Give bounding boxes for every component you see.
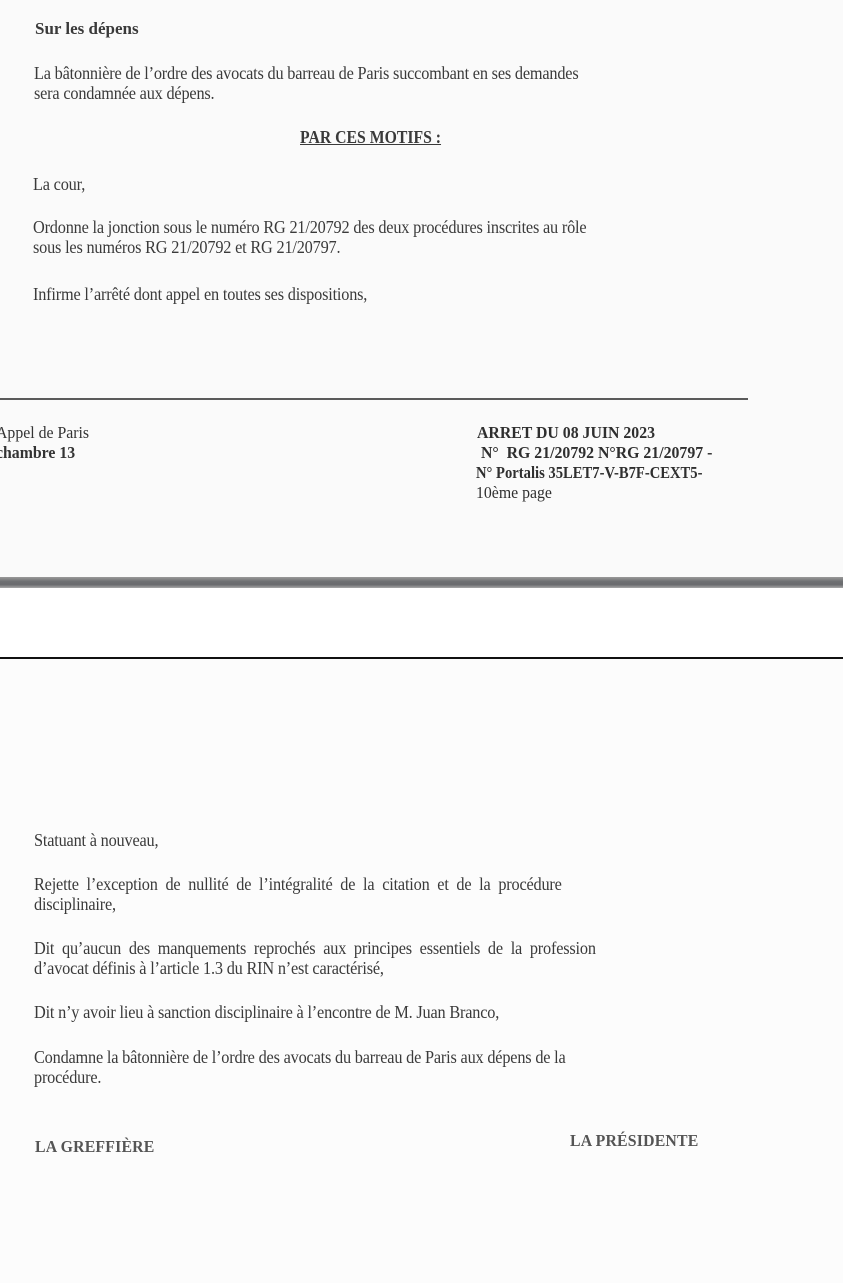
infirme-text: Infirme l’arrêté dont appel en toutes se… xyxy=(33,284,367,304)
footer-portalis: N° Portalis 35LET7-V-B7F-CEXT5- xyxy=(476,463,702,482)
par-ces-motifs-heading: PAR CES MOTIFS : xyxy=(300,127,441,148)
page-separator-band xyxy=(0,577,843,588)
footer-rg-numbers: N° RG 21/20792 N°RG 21/20797 - xyxy=(481,443,712,462)
section-heading-depens: Sur les dépens xyxy=(35,19,139,39)
footer-arret-date: ARRET DU 08 JUIN 2023 xyxy=(477,423,655,442)
dit-aucun-line-2: d’avocat définis à l’article 1.3 du RIN … xyxy=(34,958,384,978)
footer-page-number: 10ème page xyxy=(476,483,552,502)
signature-greffiere: LA GREFFIÈRE xyxy=(35,1137,155,1157)
paragraph-depens-line-2: sera condamnée aux dépens. xyxy=(34,83,214,103)
jonction-line-1: Ordonne la jonction sous le numéro RG 21… xyxy=(33,217,586,237)
footer-chamber: chambre 13 xyxy=(0,443,75,462)
la-cour-text: La cour, xyxy=(33,174,85,194)
footer-court-name: Appel de Paris xyxy=(0,423,89,442)
dit-aucun-line-1: Dit qu’aucun des manquements reprochés a… xyxy=(34,938,596,958)
signature-presidente: LA PRÉSIDENTE xyxy=(570,1131,698,1151)
page-gap xyxy=(0,588,843,657)
footer-divider-line xyxy=(0,398,748,400)
condamne-line-2: procédure. xyxy=(34,1067,101,1087)
statuant-text: Statuant à nouveau, xyxy=(34,830,158,850)
rejette-line-2: disciplinaire, xyxy=(34,894,116,914)
rejette-line-1: Rejette l’exception de nullité de l’inté… xyxy=(34,874,562,894)
condamne-line-1: Condamne la bâtonnière de l’ordre des av… xyxy=(34,1047,566,1067)
jonction-line-2: sous les numéros RG 21/20792 et RG 21/20… xyxy=(33,237,340,257)
page-top-border-line xyxy=(0,657,843,659)
paragraph-depens-line-1: La bâtonnière de l’ordre des avocats du … xyxy=(34,63,578,83)
dit-sanction-text: Dit n’y avoir lieu à sanction disciplina… xyxy=(34,1002,499,1022)
